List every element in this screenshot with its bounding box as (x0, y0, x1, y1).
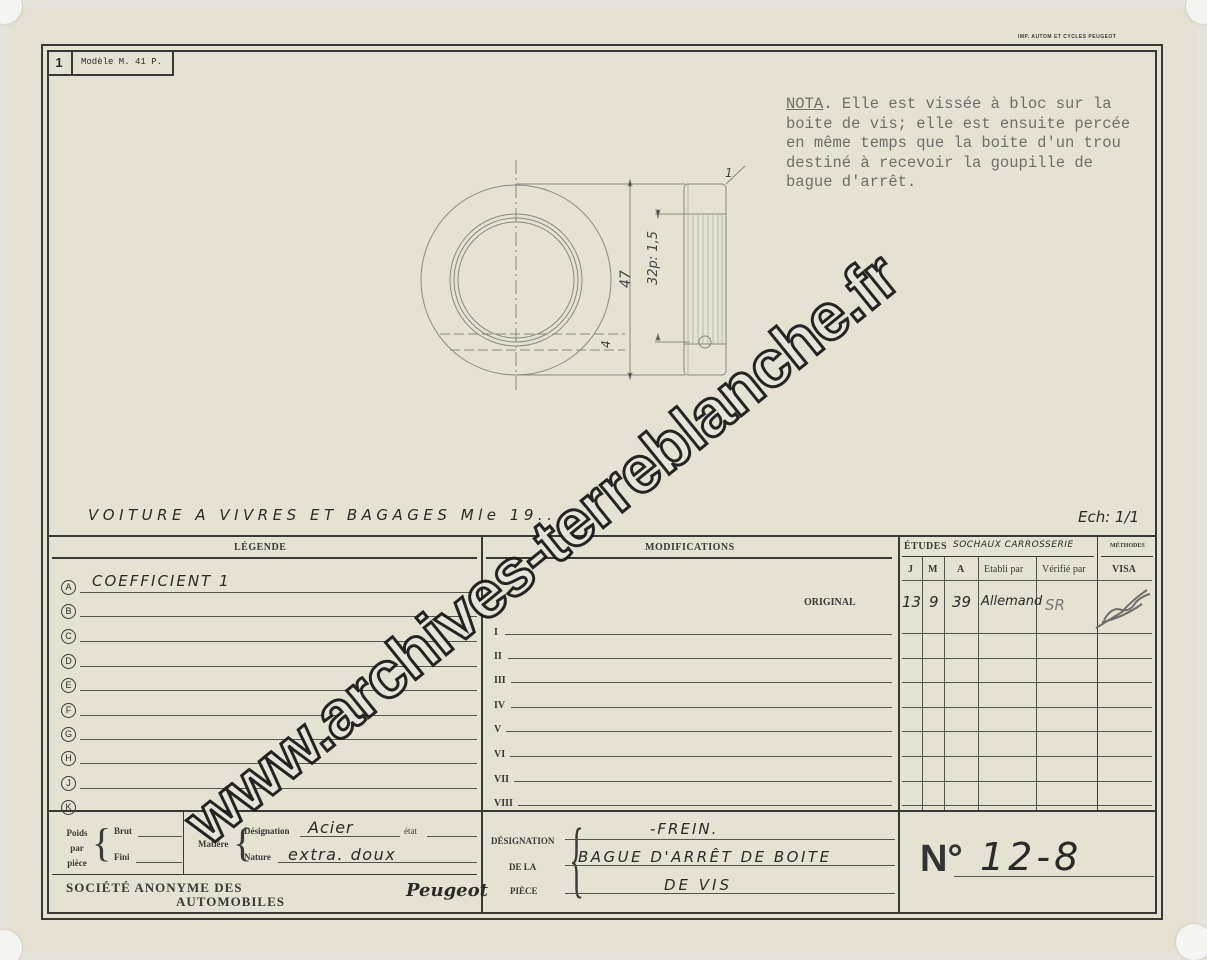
brut-label: Brut (114, 826, 132, 836)
dim-outer: 47 (618, 270, 634, 288)
part-label: DÉSIGNATION (491, 836, 554, 846)
part-drawing: 47 32p: 1,5 4 1 (400, 160, 760, 390)
modification-row: I (494, 627, 498, 638)
modification-row: VI (494, 749, 505, 760)
material-nature: extra. doux (288, 845, 396, 864)
model-box: 1 Modèle M. 41 P. (47, 50, 174, 76)
dim-thread: 32p: 1,5 (646, 231, 661, 285)
studies-location: SOCHAUX CARROSSERIE (953, 540, 1074, 550)
note: NOTA. Elle est vissée à bloc sur la boit… (786, 95, 1146, 193)
column-header: Etabli par (984, 564, 1023, 575)
modification-row: V (494, 724, 501, 735)
column-header: Vérifié par (1042, 564, 1086, 575)
date-year: 39 (952, 593, 971, 611)
dim-hole: 4 (599, 340, 613, 348)
designation-label: Désignation (244, 826, 290, 836)
modification-row: VII (494, 774, 509, 785)
company-line1: SOCIÉTÉ ANONYME DES (66, 881, 242, 895)
legend-marker: C (61, 629, 76, 644)
drawing-number: 12-8 (980, 835, 1082, 879)
column-header: A (957, 564, 964, 575)
legend-marker: F (61, 703, 76, 718)
verified-by: SR (1045, 596, 1065, 614)
column-header: J (908, 564, 913, 575)
pin-bottom-right (1176, 924, 1207, 960)
etat-label: état (404, 826, 417, 836)
date-day: 13 (902, 593, 921, 611)
fini-label: Fini (114, 852, 130, 862)
legend-marker: H (61, 751, 76, 766)
column-header: M (928, 564, 937, 575)
original-label: ORIGINAL (804, 597, 856, 608)
divider (481, 535, 483, 913)
material-designation: Acier (308, 818, 354, 837)
modifications-header: MODIFICATIONS (645, 542, 735, 553)
legend-marker: A (61, 580, 76, 595)
peugeot-logo: Peugeot (406, 880, 488, 901)
legend-marker: J (61, 776, 76, 791)
nature-label: Nature (244, 852, 271, 862)
legend-item: COEFFICIENT 1 (92, 572, 231, 590)
studies-header: ÉTUDES (904, 541, 947, 552)
weight-label: Poidsparpièce (64, 826, 90, 871)
visa-signature-icon (1092, 582, 1154, 632)
scale-label: Ech: 1/1 (1078, 508, 1139, 526)
vehicle-title: VOITURE A VIVRES ET BAGAGES Mle 19.. (88, 506, 556, 524)
sheet-number: 1 (47, 50, 73, 74)
column-header: VISA (1112, 564, 1136, 575)
part-name-line2: BAGUE D'ARRÊT DE BOITE (578, 848, 832, 866)
divider (486, 557, 892, 559)
note-text: . Elle est vissée à bloc sur la boite de… (786, 95, 1130, 191)
brace: { (92, 823, 111, 863)
note-label: NOTA (786, 95, 823, 113)
modification-row: III (494, 675, 506, 686)
number-label: N° (920, 838, 963, 881)
company-line2: AUTOMOBILES (176, 895, 285, 909)
divider (52, 557, 477, 559)
legend-marker: E (61, 678, 76, 693)
legend-marker: G (61, 727, 76, 742)
material-label: Matière (198, 839, 228, 849)
methods-header: MÉTHODES (1110, 543, 1145, 549)
model-label: Modèle M. 41 P. (73, 50, 172, 74)
divider (898, 535, 900, 913)
divider (47, 810, 1157, 812)
legend-header: LÉGENDE (234, 542, 286, 553)
part-label: DE LA (509, 862, 536, 872)
part-name-line3: DE VIS (664, 876, 732, 894)
modification-row: IV (494, 700, 505, 711)
date-month: 9 (929, 593, 939, 611)
established-by: Allemand (981, 594, 1042, 609)
title-block-top (47, 535, 1157, 537)
legend-marker: D (61, 654, 76, 669)
dim-chamfer: 1 (725, 166, 733, 180)
legend-marker: K (61, 800, 76, 815)
part-label: PIÈCE (510, 886, 538, 896)
modification-row: VIII (494, 798, 513, 809)
part-name-line1: -FREIN. (650, 820, 718, 838)
modification-row: II (494, 651, 502, 662)
printer-label: IMP. AUTOM ET CYCLES PEUGEOT (1018, 34, 1116, 40)
legend-marker: B (61, 604, 76, 619)
